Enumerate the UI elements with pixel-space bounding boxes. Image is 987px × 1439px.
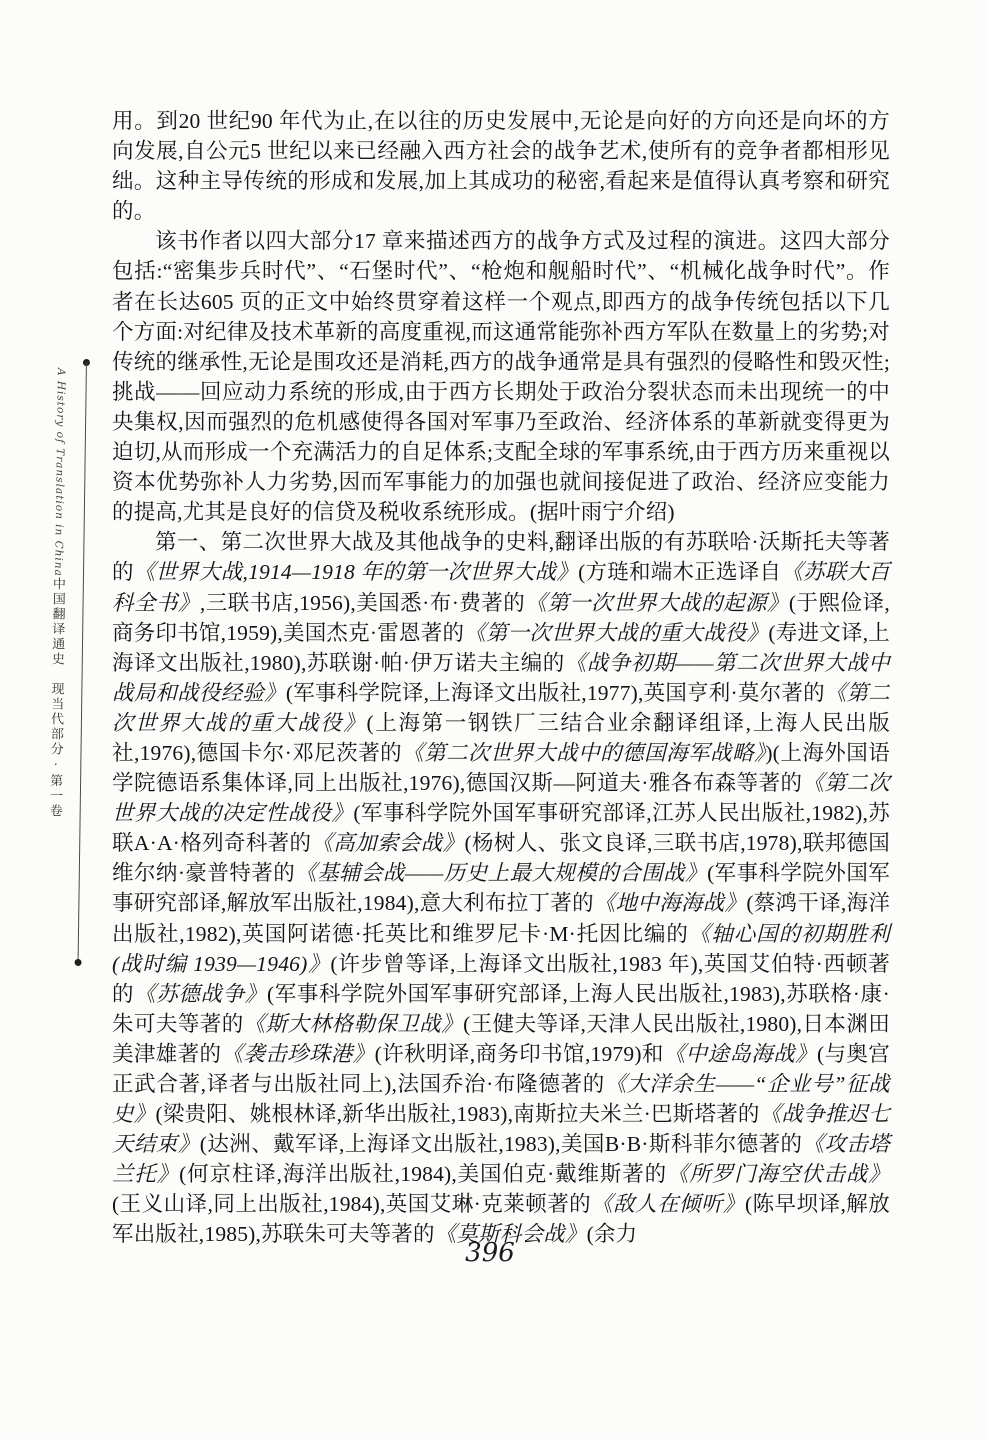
paragraph-1: 用。到20 世纪90 年代为止,在以往的历史发展中,无论是向好的方向还是向坏的方… — [112, 106, 890, 226]
spine-caption: A History of Translation in China中国翻译通史 … — [47, 368, 71, 728]
spine-rule — [78, 362, 87, 962]
body-text-block: 用。到20 世纪90 年代为止,在以往的历史发展中,无论是向好的方向还是向坏的方… — [112, 106, 890, 1250]
scanned-book-page: A History of Translation in China中国翻译通史 … — [0, 0, 987, 1439]
page-number: 396 — [110, 1238, 870, 1268]
spine-rule-group — [75, 359, 90, 966]
paragraph-2: 该书作者以四大部分17 章来描述西方的战争方式及过程的演进。这四大部分包括:“密… — [112, 226, 890, 527]
spine-rule-bottom-dot — [75, 959, 82, 966]
spine-series-title-chinese: 中国翻译通史 现当代部分 · 第一卷 — [48, 577, 66, 819]
paragraph-3: 第一、第二次世界大战及其他战争的史料,翻译出版的有苏联哈·沃斯托夫等著的《世界大… — [112, 527, 890, 1249]
spine-series-title-english: A History of Translation in China — [52, 368, 67, 577]
